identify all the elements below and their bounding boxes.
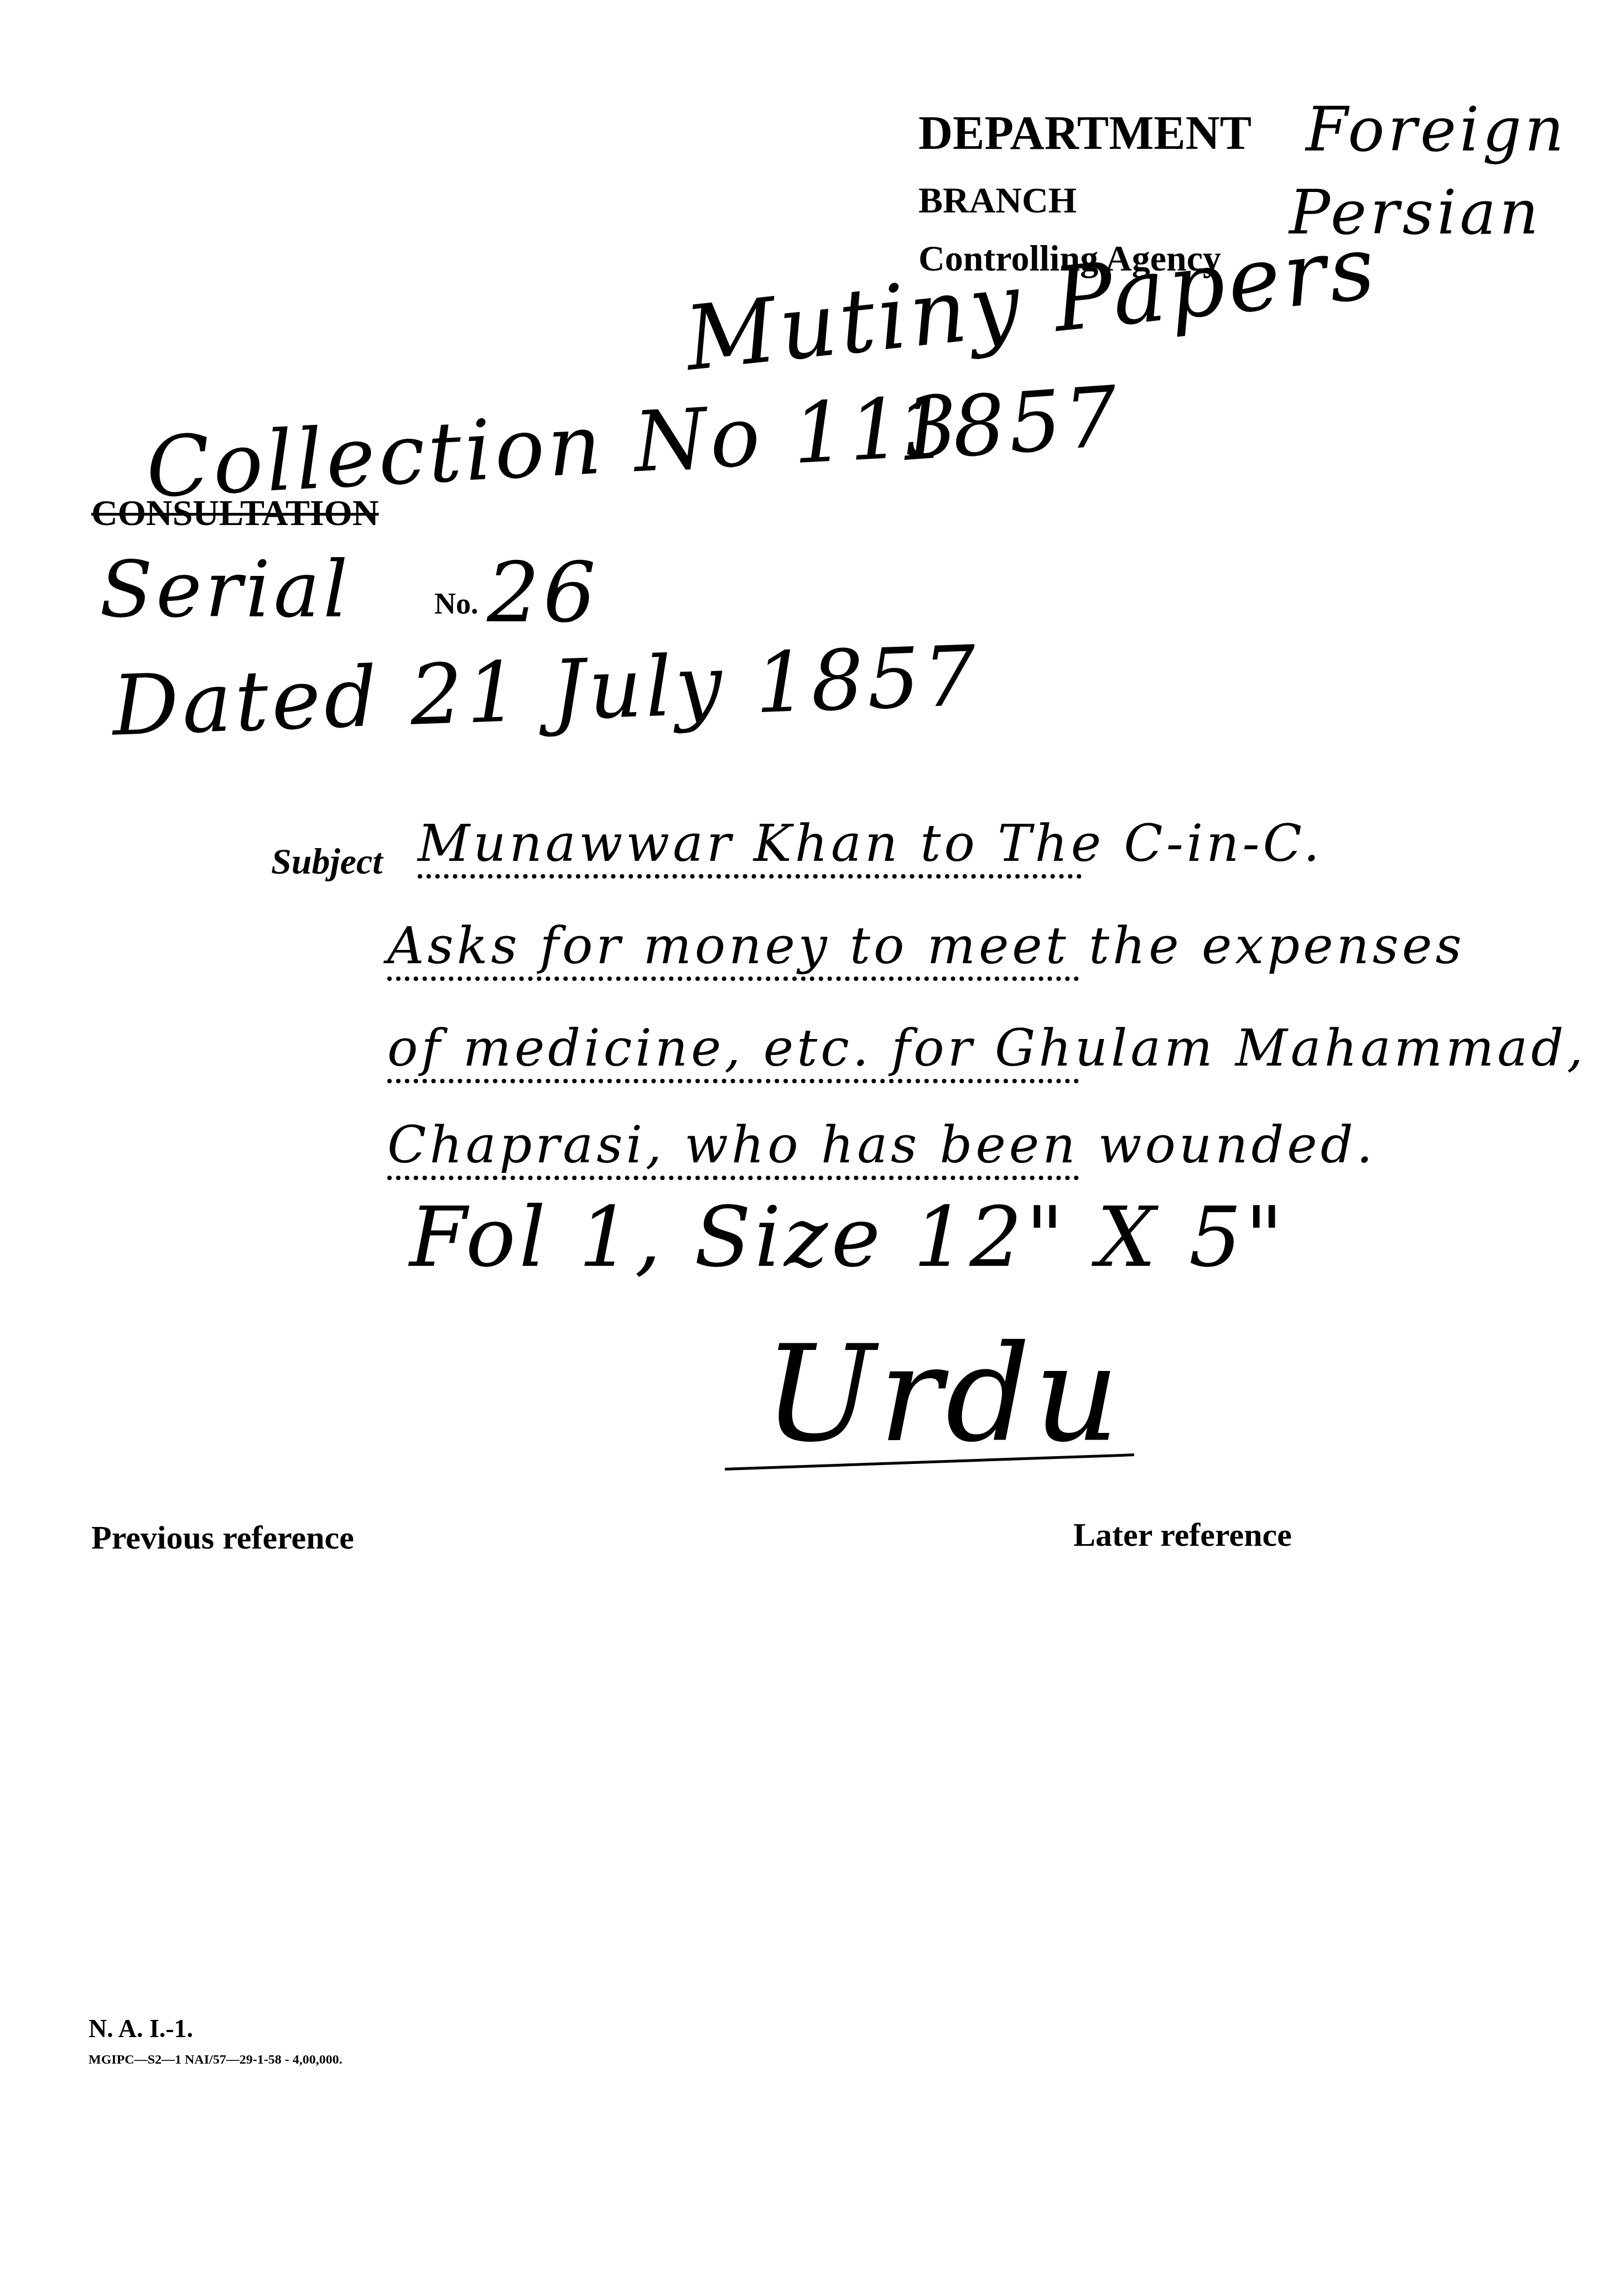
subject-line: Chaprasi, who has been wounded.	[387, 1115, 1079, 1180]
language-note: Urdu	[764, 1317, 1123, 1472]
folio-size-note: Fol 1, Size 12" X 5"	[409, 1189, 1286, 1286]
printer-imprint: MGIPC—S2—1 NAI/57—29-1-58 - 4,00,000.	[89, 2053, 342, 2068]
department-label: DEPARTMENT	[918, 105, 1251, 160]
branch-label: BRANCH	[918, 180, 1077, 222]
subject-label: Subject	[271, 841, 383, 883]
later-reference-label: Later reference	[1073, 1516, 1292, 1554]
department-value: Foreign	[1306, 94, 1567, 165]
dated-field: Dated 21 July 1857	[111, 628, 981, 755]
number-value: 26	[487, 545, 599, 641]
consultation-label-struck: CONSULTATION	[91, 492, 379, 534]
subject-line: of medicine, etc. for Ghulam Mahammad,	[387, 1018, 1079, 1083]
serial-label: Serial	[100, 545, 351, 635]
number-label: No.	[434, 586, 479, 621]
subject-line: Asks for money to meet the expenses	[387, 916, 1079, 981]
subject-line: Munawwar Khan to The C-in-C.	[418, 813, 1082, 879]
form-number: N. A. I.-1.	[89, 2014, 193, 2043]
previous-reference-label: Previous reference	[91, 1519, 354, 1557]
